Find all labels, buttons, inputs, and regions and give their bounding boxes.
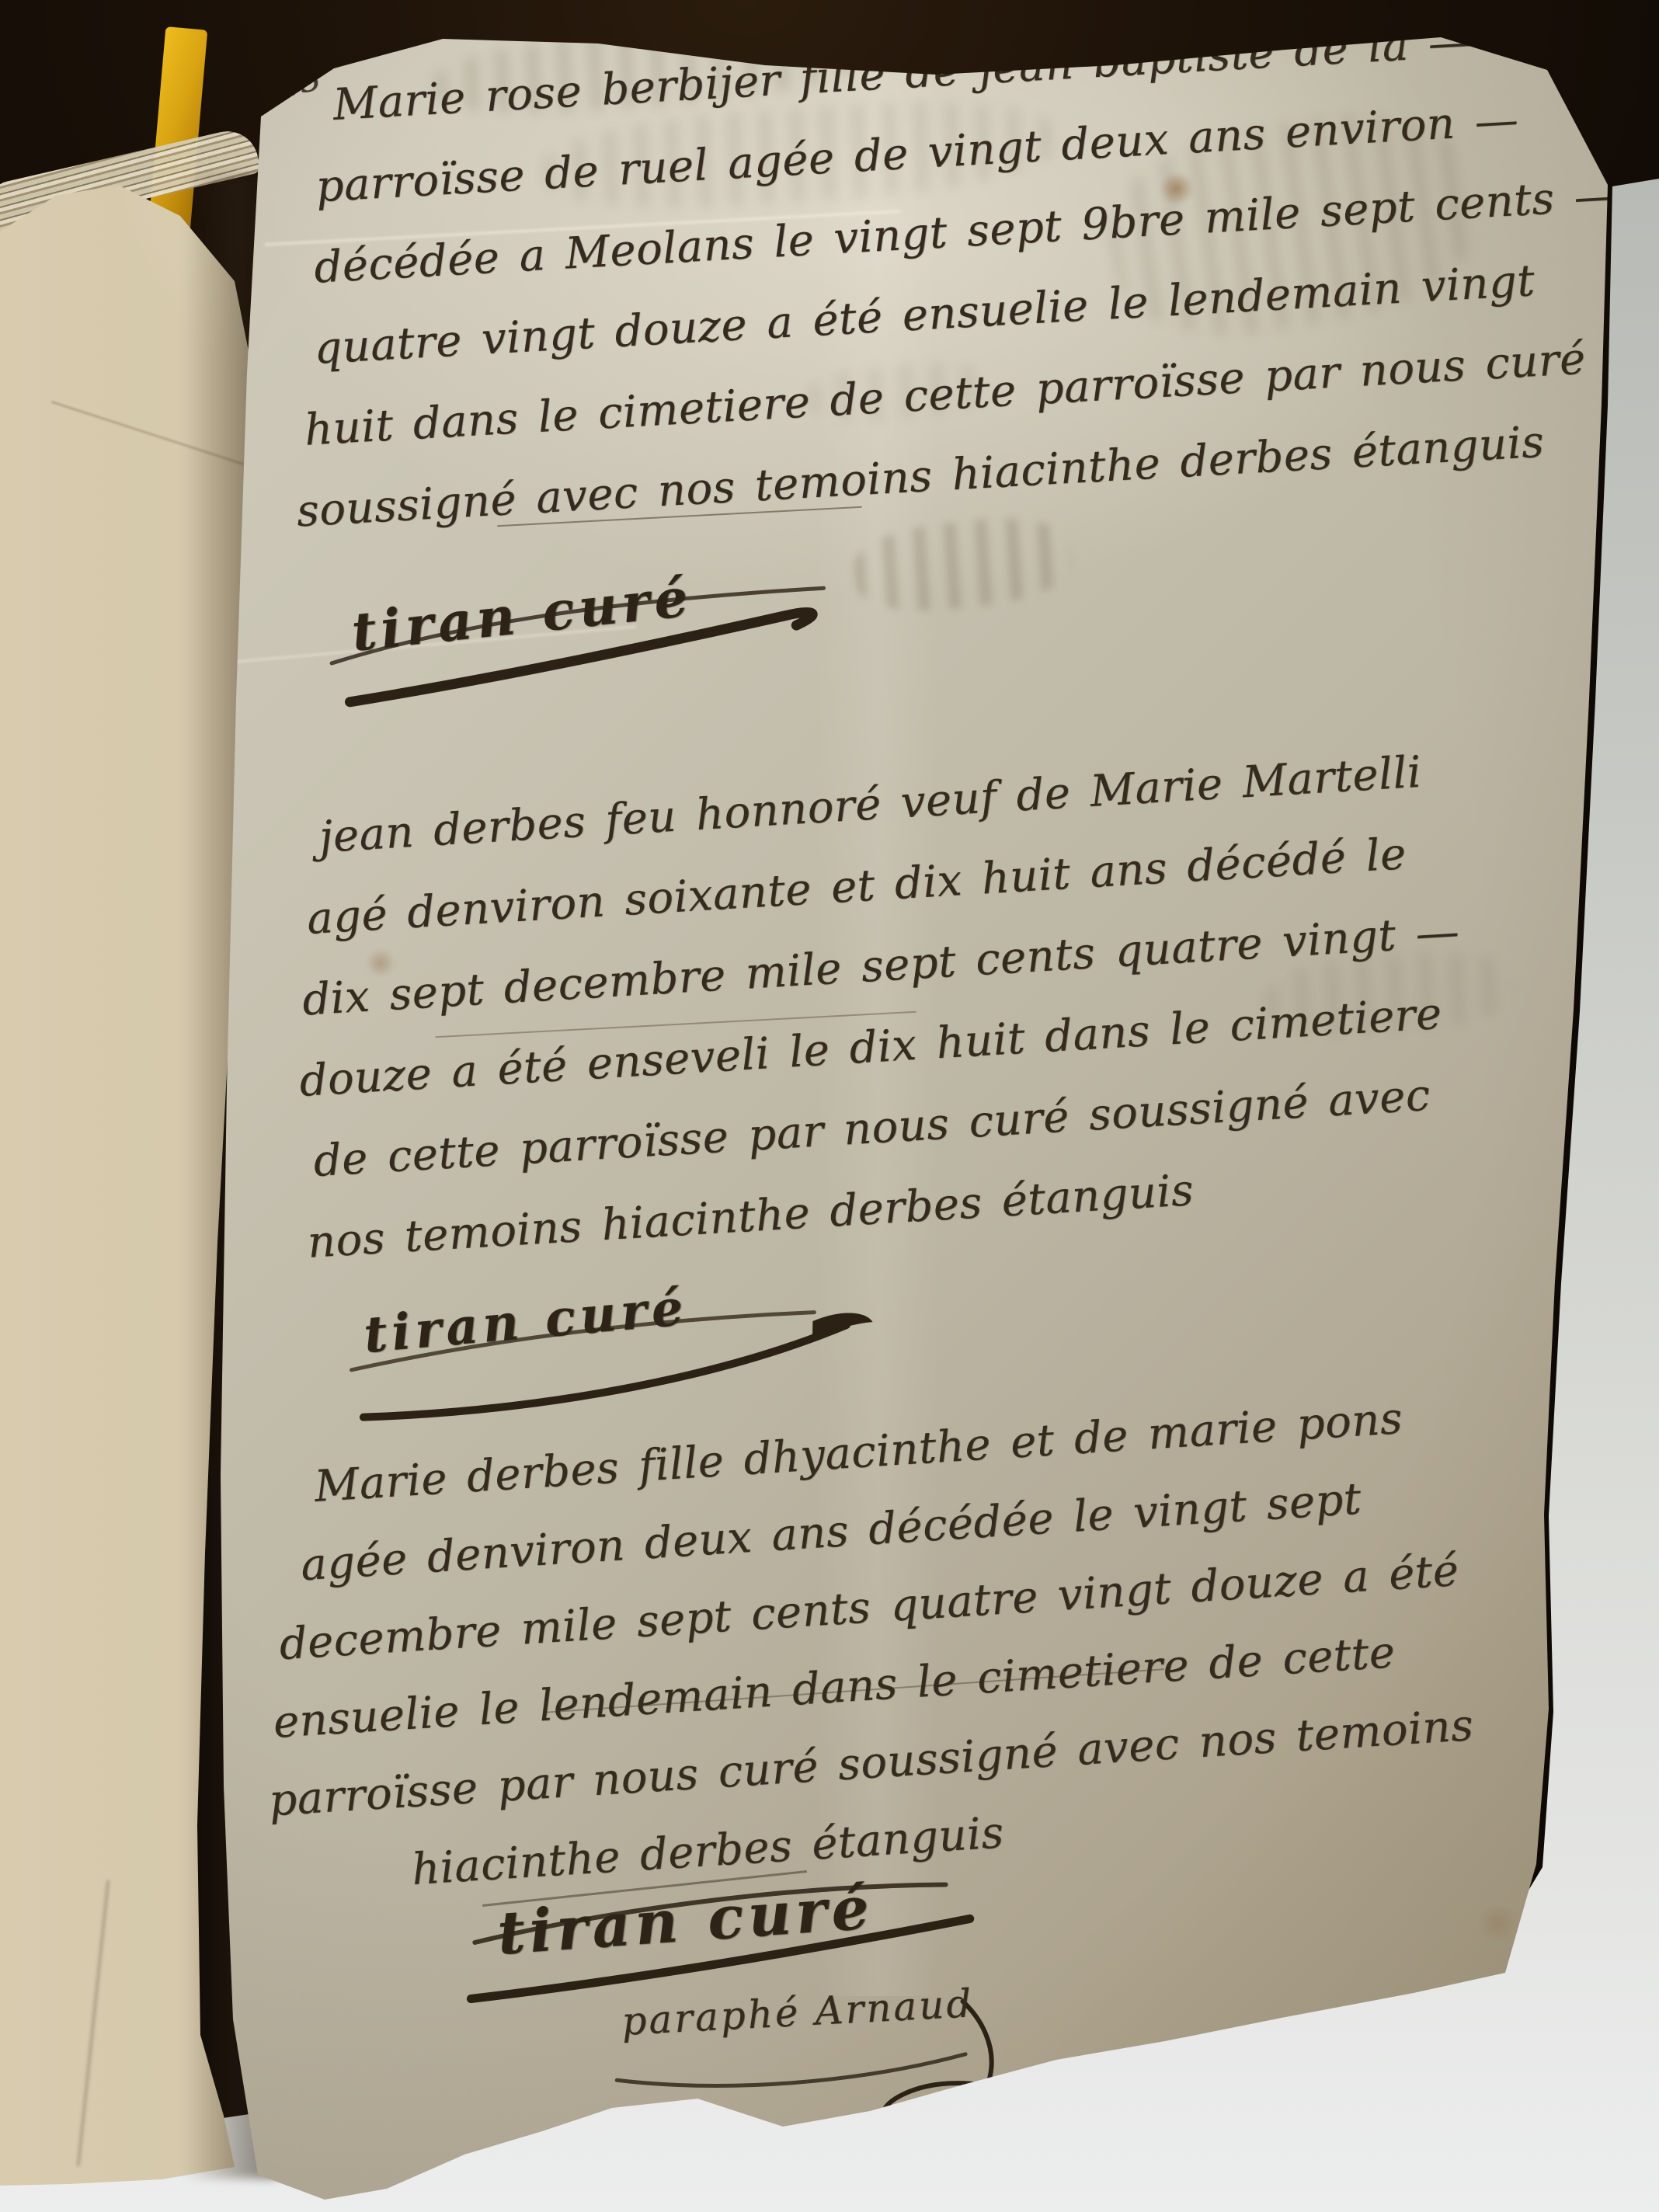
burial-record-2: jean derbes feu honnoré veuf de Marie Ma… <box>304 731 1476 1282</box>
notary-paraph: paraphé Arnaud <box>621 1981 975 2044</box>
ink-stain <box>1474 1908 1521 1939</box>
register-photo: éenvironvingt sepdans lesoussignégebuidh… <box>0 0 1659 2212</box>
cure-signature-1: tiran curé <box>349 566 695 664</box>
cure-signature-2: tiran curé <box>362 1278 690 1365</box>
burial-record-3: Marie derbes fille dhyacinthe et de mari… <box>276 1377 1480 1916</box>
burial-record-1: Marie rose berbijer fille de jean baptis… <box>304 0 1633 551</box>
